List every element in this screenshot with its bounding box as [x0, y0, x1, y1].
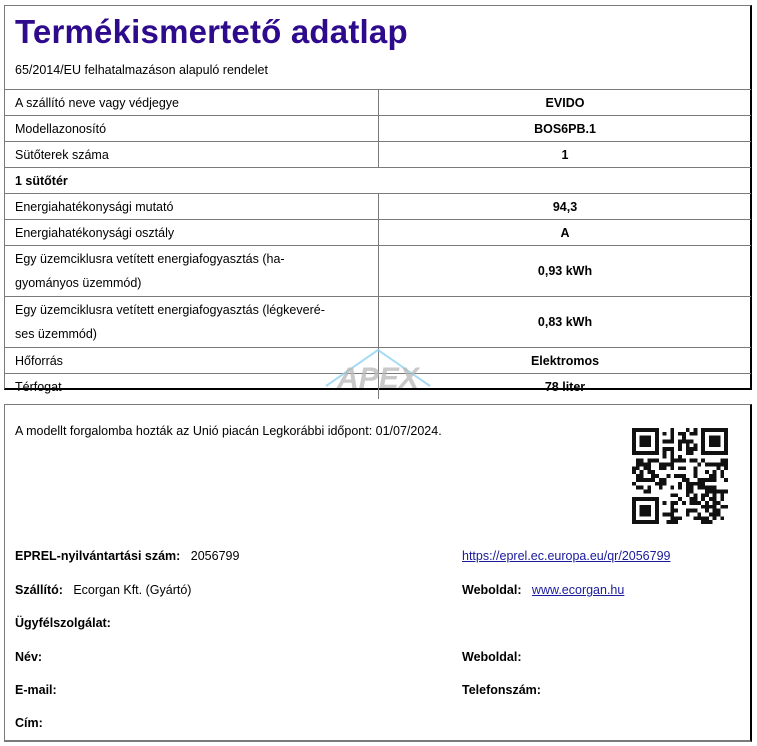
- row-label: Hőforrás: [5, 348, 379, 374]
- name-label: Név:: [15, 650, 42, 664]
- table-row: Modellazonosító BOS6PB.1: [5, 116, 751, 142]
- website-row: Weboldal: www.ecorgan.hu: [462, 583, 624, 597]
- qr-code-icon[interactable]: [632, 428, 728, 524]
- row-label-line: Egy üzemciklusra vetített energiafogyasz…: [15, 298, 368, 322]
- row-value: 78 liter: [379, 374, 752, 400]
- eprel-row: EPREL-nyilvántartási szám: 2056799: [15, 549, 239, 563]
- info-card: A modellt forgalomba hozták az Unió piac…: [4, 404, 752, 742]
- row-value: 94,3: [379, 194, 752, 220]
- cs-website-label: Weboldal:: [462, 650, 522, 664]
- page-title: Termékismertető adatlap: [15, 12, 408, 52]
- table-row: Energiahatékonysági mutató 94,3: [5, 194, 751, 220]
- row-label: Energiahatékonysági mutató: [5, 194, 379, 220]
- row-value: BOS6PB.1: [379, 116, 752, 142]
- row-label: Térfogat: [5, 374, 379, 400]
- supplier-row: Szállító: Ecorgan Kft. (Gyártó): [15, 583, 191, 597]
- table-row: Energiahatékonysági osztály A: [5, 220, 751, 246]
- row-label: A szállító neve vagy védjegye: [5, 90, 379, 116]
- eprel-number: 2056799: [191, 549, 240, 563]
- website-link[interactable]: www.ecorgan.hu: [532, 583, 624, 597]
- row-label-line: gyományos üzemmód): [15, 271, 368, 295]
- row-value: A: [379, 220, 752, 246]
- email-label: E-mail:: [15, 683, 57, 697]
- supplier-value: Ecorgan Kft. (Gyártó): [73, 583, 191, 597]
- row-label: Egy üzemciklusra vetített energiafogyasz…: [5, 297, 379, 348]
- table-row: A szállító neve vagy védjegye EVIDO: [5, 90, 751, 116]
- section-heading: 1 sütőtér: [5, 168, 751, 194]
- supplier-label: Szállító:: [15, 583, 63, 597]
- website-label: Weboldal:: [462, 583, 522, 597]
- spec-table: A szállító neve vagy védjegye EVIDO Mode…: [5, 89, 751, 399]
- table-row: Hőforrás Elektromos: [5, 348, 751, 374]
- row-label-line: ses üzemmód): [15, 322, 368, 346]
- row-label-line: Egy üzemciklusra vetített energiafogyasz…: [15, 247, 368, 271]
- eprel-link[interactable]: https://eprel.ec.europa.eu/qr/2056799: [462, 549, 670, 563]
- table-row: Térfogat 78 liter: [5, 374, 751, 400]
- table-row: Egy üzemciklusra vetített energiafogyasz…: [5, 297, 751, 348]
- row-value: 0,93 kWh: [379, 246, 752, 297]
- row-label: Energiahatékonysági osztály: [5, 220, 379, 246]
- row-value: 0,83 kWh: [379, 297, 752, 348]
- row-label: Sütőterek száma: [5, 142, 379, 168]
- address-label: Cím:: [15, 716, 43, 730]
- row-value: Elektromos: [379, 348, 752, 374]
- row-value: EVIDO: [379, 90, 752, 116]
- customer-service-label: Ügyfélszolgálat:: [15, 616, 111, 630]
- row-value: 1: [379, 142, 752, 168]
- section-row: 1 sütőtér: [5, 168, 751, 194]
- table-row: Egy üzemciklusra vetített energiafogyasz…: [5, 246, 751, 297]
- row-label: Modellazonosító: [5, 116, 379, 142]
- row-label: Egy üzemciklusra vetített energiafogyasz…: [5, 246, 379, 297]
- regulation-subtitle: 65/2014/EU felhatalmazáson alapuló rende…: [15, 62, 268, 78]
- table-row: Sütőterek száma 1: [5, 142, 751, 168]
- market-date-text: A modellt forgalomba hozták az Unió piac…: [15, 424, 442, 438]
- phone-label: Telefonszám:: [462, 683, 541, 697]
- product-info-sheet: Termékismertető adatlap 65/2014/EU felha…: [4, 5, 752, 390]
- eprel-label: EPREL-nyilvántartási szám:: [15, 549, 180, 563]
